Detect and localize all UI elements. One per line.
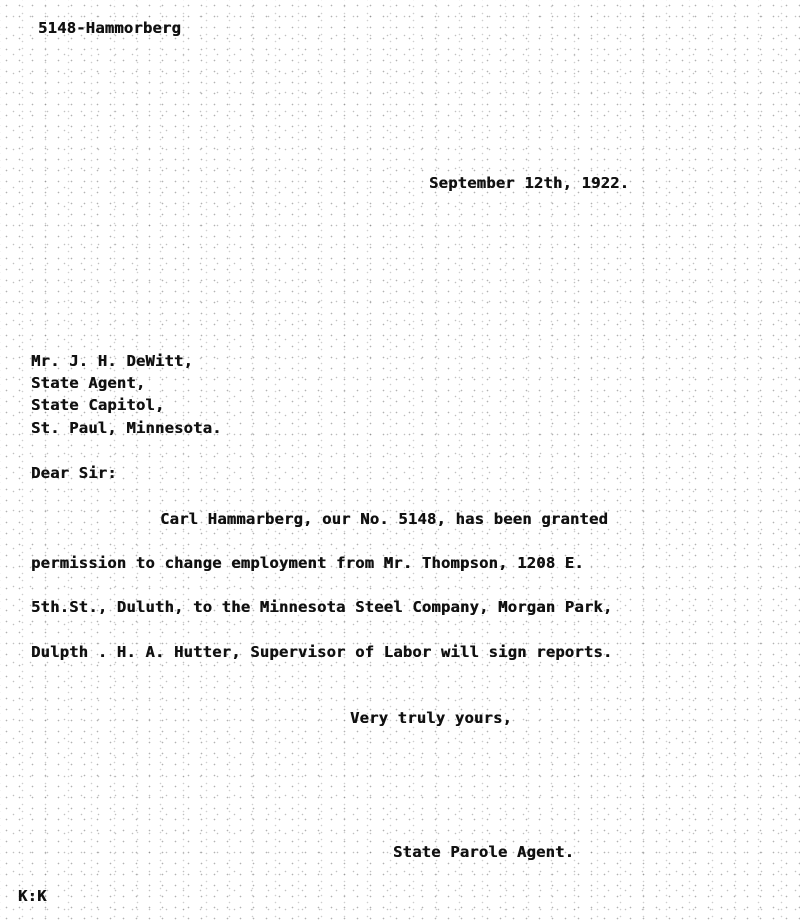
body-line: Dulpth . H. A. Hutter, Supervisor of Lab…	[31, 643, 612, 661]
letter-date: September 12th, 1922.	[429, 174, 629, 192]
recipient-address-line2: St. Paul, Minnesota.	[31, 419, 222, 437]
body-line: 5th.St., Duluth, to the Minnesota Steel …	[31, 598, 612, 616]
body-line: Carl Hammarberg, our No. 5148, has been …	[160, 510, 608, 528]
recipient-name: Mr. J. H. DeWitt,	[31, 352, 193, 370]
paper-noise	[0, 0, 800, 921]
recipient-title: State Agent,	[31, 374, 145, 392]
file-reference: 5148-Hammorberg	[38, 19, 181, 37]
recipient-address-line1: State Capitol,	[31, 396, 164, 414]
salutation: Dear Sir:	[31, 464, 117, 482]
signature-title: State Parole Agent.	[393, 843, 574, 861]
closing: Very truly yours,	[350, 709, 512, 727]
typist-initials: K:K	[18, 887, 47, 905]
body-line: permission to change employment from Mr.…	[31, 554, 584, 572]
